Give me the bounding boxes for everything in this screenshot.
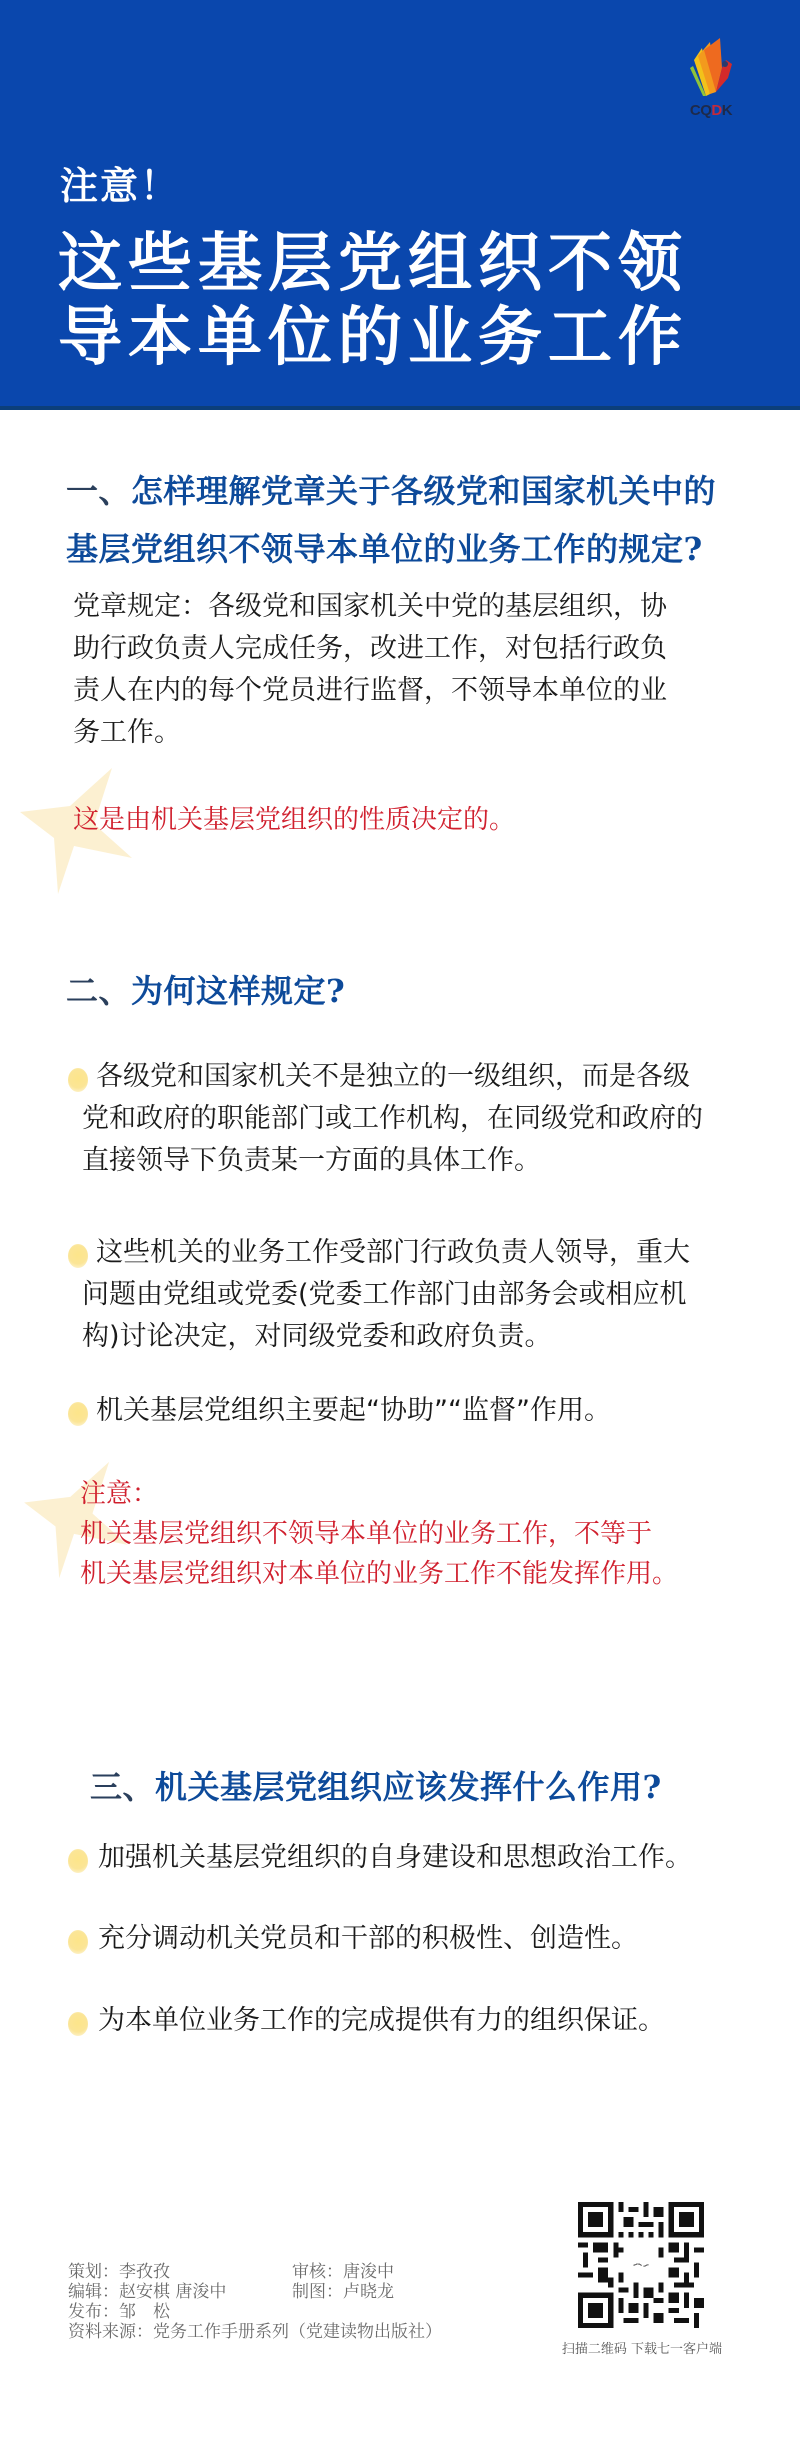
cqdk-logo: CQDK xyxy=(676,38,746,122)
bullet-line: 党和政府的职能部门或工作机构，在同级党和政府的 xyxy=(82,1098,756,1140)
section1-title: 一、怎样理解党章关于各级党和国家机关中的 基层党组织不领导本单位的业务工作的规定… xyxy=(66,462,716,578)
body-line: 务工作。 xyxy=(73,712,667,754)
bullet-line: 为本单位业务工作的完成提供有力的组织保证。 xyxy=(98,2000,665,2042)
book-fan-logo-icon xyxy=(676,38,746,102)
bullet-dot-icon xyxy=(68,1402,88,1426)
bullet-line: 充分调动机关党员和干部的积极性、创造性。 xyxy=(98,1918,638,1960)
section2-title: 二、为何这样规定? xyxy=(66,962,345,1020)
credit-designer: 制图：卢晓龙 xyxy=(292,2282,394,2302)
section2-note: 注意： 机关基层党组织不领导本单位的业务工作，不等于 机关基层党组织对本单位的业… xyxy=(80,1474,678,1594)
header-banner: CQDK 注意！ 这些基层党组织不领 导本单位的业务工作 xyxy=(0,0,800,410)
qr-caption: 扫描二维码 下载七一客户端 xyxy=(552,2338,732,2357)
section3-bullet-3: 为本单位业务工作的完成提供有力的组织保证。 xyxy=(98,2000,665,2042)
section2-title-text: 为何这样规定? xyxy=(131,972,345,1010)
header-subtitle: 注意！ xyxy=(60,155,180,210)
bullet-dot-icon xyxy=(68,1930,88,1954)
qr-code-icon[interactable] xyxy=(578,2202,704,2328)
body-line: 助行政负责人完成任务，改进工作，对包括行政负 xyxy=(73,628,667,670)
bullet-line: 机关基层党组织主要起“协助”“监督”作用。 xyxy=(96,1390,756,1432)
bullet-line: 各级党和国家机关不是独立的一级组织，而是各级 xyxy=(96,1056,756,1098)
section1-number: 一、 xyxy=(66,472,131,510)
body-line: 责人在内的每个党员进行监督，不领导本单位的业 xyxy=(73,670,667,712)
bullet-line: 加强机关基层党组织的自身建设和思想政治工作。 xyxy=(98,1837,692,1879)
section2-bullet-2: 这些机关的业务工作受部门行政负责人领导，重大 问题由党组或党委(党委工作部门由部… xyxy=(96,1232,756,1358)
section3-bullet-1: 加强机关基层党组织的自身建设和思想政治工作。 xyxy=(98,1837,692,1879)
bullet-dot-icon xyxy=(68,1849,88,1873)
section1-title-line2: 基层党组织不领导本单位的业务工作的规定? xyxy=(66,520,716,578)
header-title-line2: 导本单位的业务工作 xyxy=(58,286,688,378)
section1-body: 党章规定：各级党和国家机关中党的基层组织，协 助行政负责人完成任务，改进工作，对… xyxy=(73,586,667,754)
credit-reviewer: 审核：唐浚中 xyxy=(292,2262,394,2282)
bullet-line: 这些机关的业务工作受部门行政负责人领导，重大 xyxy=(96,1232,756,1274)
section2-bullet-1: 各级党和国家机关不是独立的一级组织，而是各级 党和政府的职能部门或工作机构，在同… xyxy=(96,1056,756,1182)
credits-block: 策划：李孜孜审核：唐浚中 编辑：赵安棋 唐浚中制图：卢晓龙 发布：邹 松 资料来… xyxy=(68,2262,442,2342)
section3-title-text: 机关基层党组织应该发挥什么作用? xyxy=(155,1768,662,1806)
credit-source: 资料来源：党务工作手册系列（党建读物出版社） xyxy=(68,2322,442,2342)
credit-planner: 策划：李孜孜 xyxy=(68,2262,170,2282)
bullet-dot-icon xyxy=(68,2012,88,2036)
section1-title-line1: 怎样理解党章关于各级党和国家机关中的 xyxy=(131,472,716,510)
bullet-dot-icon xyxy=(68,1068,88,1092)
bullet-dot-icon xyxy=(68,1244,88,1268)
section3-title: 三、机关基层党组织应该发挥什么作用? xyxy=(90,1758,662,1816)
section2-bullet-3: 机关基层党组织主要起“协助”“监督”作用。 xyxy=(96,1390,756,1432)
note-line: 机关基层党组织对本单位的业务工作不能发挥作用。 xyxy=(80,1554,678,1594)
credit-editor: 编辑：赵安棋 唐浚中 xyxy=(68,2282,226,2302)
note-line: 机关基层党组织不领导本单位的业务工作，不等于 xyxy=(80,1514,678,1554)
bullet-line: 构)讨论决定，对同级党委和政府负责。 xyxy=(82,1316,756,1358)
section1-highlight: 这是由机关基层党组织的性质决定的。 xyxy=(73,800,515,840)
section3-number: 三、 xyxy=(90,1768,155,1806)
credit-publisher: 发布：邹 松 xyxy=(68,2302,170,2322)
note-label: 注意： xyxy=(80,1474,678,1514)
bullet-line: 直接领导下负责某一方面的具体工作。 xyxy=(82,1140,756,1182)
logo-text: CQDK xyxy=(676,102,746,119)
bullet-line: 问题由党组或党委(党委工作部门由部务会或相应机 xyxy=(82,1274,756,1316)
section2-number: 二、 xyxy=(66,972,131,1010)
body-line: 党章规定：各级党和国家机关中党的基层组织，协 xyxy=(73,586,667,628)
section3-bullet-2: 充分调动机关党员和干部的积极性、创造性。 xyxy=(98,1918,638,1960)
